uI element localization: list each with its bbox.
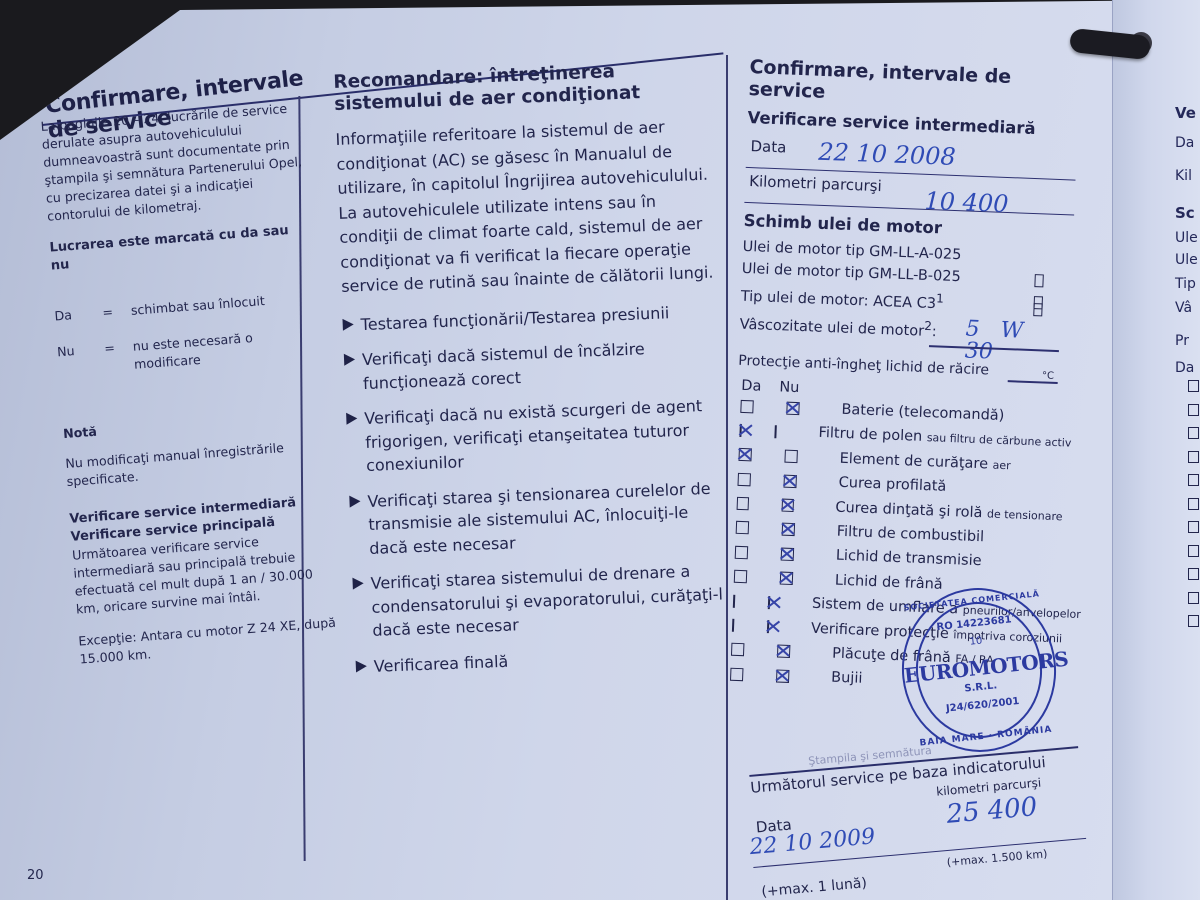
checkbox-icon [1034,274,1043,287]
nu-checkbox[interactable] [786,401,799,414]
note-text: Nu modificaţi manual înregistrările spec… [65,436,329,491]
bullet-text: Verificaţi starea sistemului de drenare … [370,562,723,640]
handwritten-next-km: 25 400 [945,792,1038,830]
ac-bullet: Verificaţi dacă nu există scurgeri de ag… [346,393,723,478]
triangle-bullet-icon [344,353,355,365]
ac-intro-text: Informaţiile referitoare la sistemul de … [335,114,716,300]
km-label: Kilometri parcurşi [749,172,882,195]
ac-bullet: Verificarea finală [355,641,731,679]
next-page-fragment: Sc [1175,204,1195,222]
right-column-form: Confirmare, intervale de service Verific… [726,56,1080,699]
ac-bullet: Verificaţi starea sistemului de drenare … [352,558,729,643]
checkbox-icon [1188,380,1199,392]
left-column: La paginile 20 – 24, lucrările de servic… [40,99,343,683]
checkbox-icon [1188,427,1199,439]
page-title-right: Confirmare, intervale de service [748,56,1079,113]
checkbox-icon [1033,303,1042,316]
triangle-bullet-icon [346,412,357,424]
da-checkbox[interactable] [738,448,751,461]
bullet-text: Verificaţi starea şi tensionarea curelel… [367,478,711,557]
checkbox-icon [1188,404,1199,416]
page-number: 20 [27,868,44,883]
checklist-item-label: Element de curăţare aer [839,451,1011,474]
legend-value: schimbat sau înlocuit [130,292,265,320]
viscosity-label: Vâscozitate ulei de motor [739,316,924,339]
nu-checkbox[interactable] [774,425,776,438]
checkbox-icon [1188,568,1199,580]
checkbox-icon [1188,451,1199,463]
triangle-bullet-icon [349,495,360,507]
date-label: Data [750,137,786,156]
nu-checkbox[interactable] [776,669,789,682]
da-checkbox[interactable] [736,521,749,534]
nu-header: Nu [779,379,800,396]
triangle-bullet-icon [356,660,367,672]
bullet-text: Verificaţi dacă nu există scurgeri de ag… [364,396,703,475]
legend-da: Da = schimbat sau înlocuit [54,288,317,325]
nu-checkbox[interactable] [768,596,770,609]
handwritten-date: 22 10 2008 [818,138,956,171]
checkbox-icon [1188,545,1199,557]
da-checkbox[interactable] [733,594,735,607]
checklist-item-label: Bujii [831,670,863,687]
nu-checkbox[interactable] [781,499,793,512]
checkbox-icon [1188,615,1199,627]
da-checkbox[interactable] [734,570,747,583]
da-checkbox[interactable] [738,473,751,486]
da-header: Da [741,378,762,395]
legend-eq: = [104,339,117,376]
column-divider-2 [726,55,728,900]
checkbox-icon [1188,521,1199,533]
service-booklet-spread: Confirmare, intervale de service La pagi… [0,0,1200,900]
next-page-fragment: Da [1175,360,1194,376]
ac-bullet: Verificaţi starea şi tensionarea curelel… [349,476,726,561]
legend-nu: Nu = nu este necesară o modificare [57,324,321,379]
da-checkbox[interactable] [735,546,748,559]
handwritten-km: 10 400 [924,187,1009,218]
bullet-text: Verificaţi dacă sistemul de încălzire fu… [362,339,645,392]
next-page-fragment: Tip [1175,276,1196,292]
checkbox-icon [1188,498,1199,510]
footnote-mark: 2 [924,319,932,333]
next-page-fragment: Da [1175,135,1194,151]
checklist-item-label: Filtru de combustibil [836,524,984,546]
triangle-bullet-icon [342,318,353,330]
next-page-fragment: Ve [1175,104,1196,122]
da-checkbox[interactable] [740,399,753,412]
da-checkbox[interactable] [739,424,741,437]
legend-value: nu este necesară o modificare [132,324,320,374]
exception-text: Excepţie: Antara cu motor Z 24 XE, după … [78,613,342,668]
triangle-bullet-icon [352,577,363,589]
da-checkbox[interactable] [730,668,743,681]
note-title: Notă [63,406,326,443]
ac-maintenance-title: Recomandare: întreţinerea sistemului de … [333,58,709,116]
nu-checkbox[interactable] [782,523,795,536]
nu-checkbox[interactable] [780,572,793,585]
da-checkbox[interactable] [731,643,744,656]
legend-key: Da [54,305,85,325]
checklist-item-label: Baterie (telecomandă) [841,402,1004,424]
nu-checkbox[interactable] [767,620,769,633]
da-checkbox[interactable] [732,619,734,632]
nu-checkbox[interactable] [784,450,797,463]
checklist-item-label: Lichid de frână [835,572,943,592]
checklist-item-label: Lichid de transmisie [836,548,982,570]
footnote-mark: 1 [936,291,944,305]
marking-title: Lucrarea este marcată cu da sau nu [49,220,313,275]
nu-checkbox[interactable] [781,547,794,560]
next-service-section: Ştampila şi semnătura Următorul service … [748,731,1089,900]
checkbox-icon [1188,592,1199,604]
legend-eq: = [102,303,114,322]
nu-checkbox[interactable] [783,474,796,487]
oil-type-list: Ulei de motor tip GM-LL-A-025 Ulei de mo… [738,236,1073,384]
nu-checkbox[interactable] [777,645,790,658]
bullet-text: Verificarea finală [373,651,508,675]
celsius-unit: °C [1042,365,1055,387]
next-page-fragment: Vâ [1175,300,1192,316]
antifreeze-label: Protecţie anti-îngheţ lichid de răcire [738,350,990,382]
checklist-item-label: Curea profilată [838,475,946,495]
ac-checklist: Testarea funcţionării/Testarea presiunii… [342,299,731,679]
checkbox-icon [1188,474,1199,486]
legend-key: Nu [57,341,89,379]
next-page-fragment: Kil [1175,168,1192,184]
da-checkbox[interactable] [737,497,749,510]
intro-text: La paginile 20 – 24, lucrările de servic… [40,99,309,226]
middle-column: Recomandare: întreţinerea sistemului de … [333,58,731,691]
bullet-text: Testarea funcţionării/Testarea presiunii [360,303,669,334]
next-page-fragment: Ule [1175,230,1198,246]
ac-bullet: Verificaţi dacă sistemul de încălzire fu… [344,334,721,395]
ac-bullet: Testarea funcţionării/Testarea presiunii [342,299,718,337]
next-page-fragment: Ule [1175,252,1198,268]
next-page-fragment: Pr [1175,333,1189,349]
